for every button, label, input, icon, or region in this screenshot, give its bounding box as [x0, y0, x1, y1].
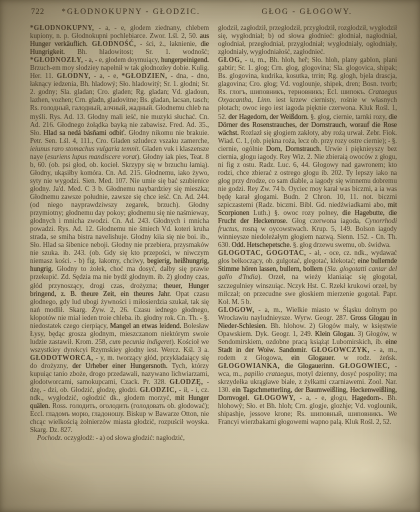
headword: GŁODNOŚĆ, — [88, 41, 137, 48]
headword: GŁODZĘ, — [170, 379, 204, 386]
headword: GŁOGOWIEC, — [334, 363, 390, 370]
headword: *GŁODNOKUPNY, — [30, 25, 94, 32]
page-header: 722 *GŁODNOKUPNY - GŁODZIC. GŁOG - GŁOGO… — [0, 7, 420, 19]
entry-paragraph: GŁOG, - u, m., Bh. hloh, heř; Sło. hloh,… — [218, 57, 397, 250]
entry-paragraph: *GŁODNOKUPNY, - a, - e, głodem ziednany,… — [30, 25, 209, 435]
text-run: Ross. голодить, оголодить (голодовать ob… — [30, 403, 209, 434]
headword: GŁODZIC, — [140, 387, 177, 394]
text-run: Hlad sa nedá básňami odbiť. — [44, 130, 126, 137]
entry-paragraph: głodził, zagłodził, przegłodził, przygło… — [218, 25, 397, 57]
entry-paragraph: GLOGOW, - a, m., Wielkie miasto w Śląsku… — [218, 307, 397, 428]
headword: GLOGOTAC, GOGOTAC, — [218, 250, 306, 257]
running-title-right: GŁOG - GŁOGOWY. — [226, 7, 388, 16]
headword: GŁODOTWORCA, — [30, 355, 93, 362]
text-columns: *GŁODNOKUPNY, - a, - e, głodem ziednany,… — [30, 25, 397, 495]
text-run: - ści, ż., łaknienie, — [136, 41, 200, 48]
text-run: ). Głodny iak pies, Teat. 8 b, 60. (ob. … — [30, 154, 209, 266]
headword: *GŁODZIEN, — [121, 73, 167, 80]
entry-paragraph: Pochodz. oczygłodź: - a) od słowa głodzi… — [30, 435, 209, 443]
text-run: §. głog drzewu swemu, ob. świdwa. — [291, 242, 390, 249]
text-run: Klein Glogau. — [315, 331, 355, 338]
entry-paragraph: GLOGOTAC, GOGOTAC, - ał, - oce, cz. ndk.… — [218, 250, 397, 306]
text-run: Luth.) §. owoc rozy polney, — [249, 210, 342, 217]
headword: GŁODNY, — [57, 73, 91, 80]
scanned-dictionary-page: 722 *GŁODNOKUPNY - GŁODZIC. GŁOG - GŁOGO… — [0, 0, 420, 512]
text-run: głodził, zagłodził, przegłodził, przygło… — [218, 25, 397, 56]
text-run: Odd. Hetschepetsche. — [232, 242, 292, 249]
text-run: der Urheber einer Hungersnoth. — [72, 363, 167, 370]
text-run: Głog czerwona iagoda, — [288, 218, 365, 225]
text-run: oczygłodź: - a) od słowa głodzić: nagłod… — [62, 435, 184, 442]
text-run: w rodz. żeńsk. — [335, 355, 397, 362]
text-run: papilio crataegus, — [244, 371, 295, 378]
text-run: Urwie i pięknieyszy bez ciernia, głogu i… — [218, 146, 397, 209]
text-run: - dna, - dno, łaknący iedzenia, Bh. hlad… — [30, 73, 209, 136]
page-number: 722 — [31, 7, 45, 16]
running-title-left: *GŁODNOKUPNY - GŁODZIC. — [52, 7, 210, 16]
text-run: ein Glogauer. — [291, 355, 335, 362]
text-run: Pochodz. — [37, 435, 62, 442]
text-run: der Hagedorn, der Weißdorn. — [228, 114, 308, 121]
text-run: hungerpeinigend. — [161, 57, 209, 64]
text-run: Bh. hladowitost; Sr. 1. wodnošć; — [65, 49, 209, 56]
text-run: §. głog, ciernie, tarnki rozy, — [309, 114, 389, 121]
text-run: - a, - e, — [91, 73, 122, 80]
text-run: Mangel an etwas leidend. — [110, 323, 181, 330]
headword: GLOGOW, — [218, 307, 254, 314]
headword: GŁOG, — [218, 57, 242, 64]
left-column: *GŁODNOKUPNY, - a, - e, głodem ziednany,… — [30, 25, 209, 495]
text-run: - a, - e, głodem doymuiący, — [83, 57, 161, 64]
text-run: cum pecunia indigeret — [109, 339, 171, 346]
right-column: głodził, zagłodził, przegłodził, przygło… — [218, 25, 397, 495]
headword: GŁOGOWIANKA, — [218, 363, 280, 370]
text-run: - a, - e, głogu, — [295, 395, 351, 402]
text-run: ieiunus raro stomachus vulgaria temnit. — [30, 146, 140, 153]
text-run: Hagedorn-. — [352, 395, 383, 402]
headword: GŁOGOWY, — [249, 395, 295, 402]
headword: GŁOGOWCZYK, — [307, 347, 370, 354]
headword: *GŁODNOZŁY, — [30, 57, 83, 64]
text-run: esuriens lupus mandiscere vorat — [47, 154, 137, 161]
text-run: Dorn, Dornstrauch. — [266, 146, 321, 153]
text-run: die Glogauerinn. — [280, 363, 334, 370]
